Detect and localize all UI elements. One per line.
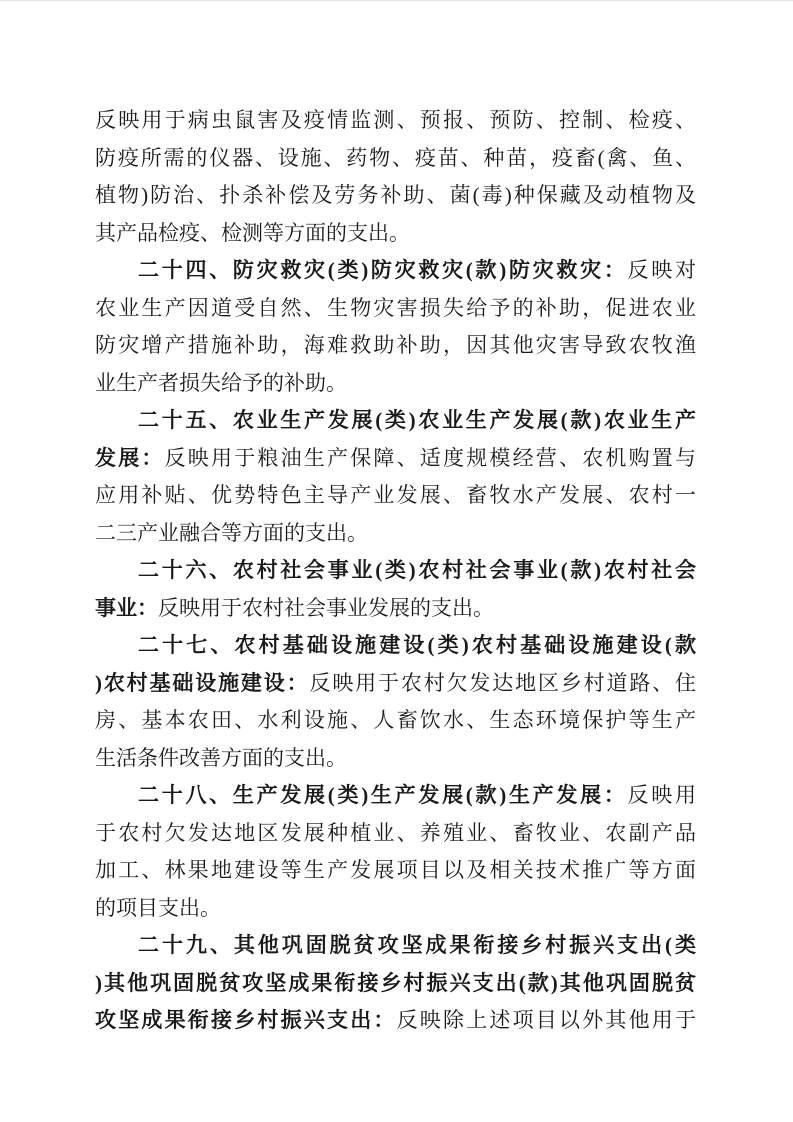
page-top-edge	[0, 0, 793, 1]
section-heading-run: 攻坚成果衔接乡村振兴支出：	[95, 1008, 397, 1032]
section-heading-run: 事业：	[95, 596, 158, 620]
text-line: 防灾增产措施补助，海难救助补助，因其他灾害导致农牧渔	[95, 327, 696, 365]
body-text-run: 反映用于农村欠发达地区乡村道路、住	[309, 671, 696, 695]
text-line: )农村基础设施建设：反映用于农村欠发达地区乡村道路、住	[95, 665, 696, 703]
section-heading-run: 二十六、农村社会事业(类)农村社会事业(款)农村社会	[138, 558, 696, 582]
text-line: 二十四、防灾救灾(类)防灾救灾(款)防灾救灾：反映对	[95, 252, 696, 290]
body-text-run: 于农村欠发达地区发展种植业、养殖业、畜牧业、农副产品	[95, 821, 696, 845]
body-text-run: 加工、林果地建设等生产发展项目以及相关技术推广等方面	[95, 858, 696, 882]
text-line: 二十五、农业生产发展(类)农业生产发展(款)农业生产	[95, 402, 696, 440]
text-line: )其他巩固脱贫攻坚成果衔接乡村振兴支出(款)其他巩固脱贫	[95, 965, 696, 1003]
document-page: 反映用于病虫鼠害及疫情监测、预报、预防、控制、检疫、防疫所需的仪器、设施、药物、…	[0, 0, 793, 1122]
text-line: 业生产者损失给予的补助。	[95, 365, 696, 403]
body-text-run: 房、基本农田、水利设施、人畜饮水、生态环境保护等生产	[95, 708, 696, 732]
text-line: 应用补贴、优势特色主导产业发展、畜牧水产发展、农村一	[95, 477, 696, 515]
section-heading-run: 二十四、防灾救灾(类)防灾救灾(款)防灾救灾：	[138, 258, 628, 282]
text-line: 农业生产因道受自然、生物灾害损失给予的补助，促进农业	[95, 290, 696, 328]
body-text-run: 其产品检疫、检测等方面的支出。	[95, 221, 410, 245]
section-heading-run: 发展：	[95, 446, 165, 470]
text-line: 生活条件改善方面的支出。	[95, 740, 696, 778]
section-heading-run: 二十八、生产发展(类)生产发展(款)生产发展：	[138, 783, 628, 807]
body-text-run: 防灾增产措施补助，海难救助补助，因其他灾害导致农牧渔	[95, 333, 696, 357]
body-text-run: 反映用于农村社会事业发展的支出。	[158, 596, 494, 620]
body-text-run: 反映除上述项目以外其他用于	[397, 1008, 696, 1032]
section-heading-run: 二十七、农村基础设施建设(类)农村基础设施建设(款	[138, 633, 696, 657]
body-text-run: 农业生产因道受自然、生物灾害损失给予的补助，促进农业	[95, 296, 696, 320]
section-heading-run: 二十九、其他巩固脱贫攻坚成果衔接乡村振兴支出(类	[138, 933, 696, 957]
text-line: 其产品检疫、检测等方面的支出。	[95, 215, 696, 253]
text-line: 植物)防治、扑杀补偿及劳务补助、菌(毒)种保藏及动植物及	[95, 177, 696, 215]
body-text-run: 反映用	[628, 783, 696, 807]
text-line: 事业：反映用于农村社会事业发展的支出。	[95, 590, 696, 628]
body-text-run: 反映用于粮油生产保障、适度规模经营、农机购置与	[165, 446, 696, 470]
section-heading-run: )农村基础设施建设：	[95, 671, 309, 695]
text-line: 加工、林果地建设等生产发展项目以及相关技术推广等方面	[95, 852, 696, 890]
text-line: 二十七、农村基础设施建设(类)农村基础设施建设(款	[95, 627, 696, 665]
text-line: 房、基本农田、水利设施、人畜饮水、生态环境保护等生产	[95, 702, 696, 740]
body-text-run: 反映用于病虫鼠害及疫情监测、预报、预防、控制、检疫、	[95, 108, 696, 132]
text-line: 发展：反映用于粮油生产保障、适度规模经营、农机购置与	[95, 440, 696, 478]
body-text-run: 防疫所需的仪器、设施、药物、疫苗、种苗，疫畜(禽、鱼、	[95, 146, 696, 170]
text-line: 攻坚成果衔接乡村振兴支出：反映除上述项目以外其他用于	[95, 1002, 696, 1040]
text-line: 二三产业融合等方面的支出。	[95, 515, 696, 553]
body-text-run: 应用补贴、优势特色主导产业发展、畜牧水产发展、农村一	[95, 483, 696, 507]
text-line: 二十九、其他巩固脱贫攻坚成果衔接乡村振兴支出(类	[95, 927, 696, 965]
text-line: 反映用于病虫鼠害及疫情监测、预报、预防、控制、检疫、	[95, 102, 696, 140]
body-text-run: 的项目支出。	[95, 896, 221, 920]
body-text-run: 植物)防治、扑杀补偿及劳务补助、菌(毒)种保藏及动植物及	[95, 183, 696, 207]
text-line: 二十六、农村社会事业(类)农村社会事业(款)农村社会	[95, 552, 696, 590]
text-line: 二十八、生产发展(类)生产发展(款)生产发展：反映用	[95, 777, 696, 815]
section-heading-run: )其他巩固脱贫攻坚成果衔接乡村振兴支出(款)其他巩固脱贫	[95, 971, 696, 995]
section-heading-run: 二十五、农业生产发展(类)农业生产发展(款)农业生产	[138, 408, 696, 432]
body-text-run: 反映对	[628, 258, 696, 282]
document-page-text: 反映用于病虫鼠害及疫情监测、预报、预防、控制、检疫、防疫所需的仪器、设施、药物、…	[95, 102, 696, 1040]
body-text-run: 业生产者损失给予的补助。	[95, 371, 347, 395]
body-text-run: 二三产业融合等方面的支出。	[95, 521, 368, 545]
text-line: 防疫所需的仪器、设施、药物、疫苗、种苗，疫畜(禽、鱼、	[95, 140, 696, 178]
text-line: 的项目支出。	[95, 890, 696, 928]
body-text-run: 生活条件改善方面的支出。	[95, 746, 347, 770]
text-line: 于农村欠发达地区发展种植业、养殖业、畜牧业、农副产品	[95, 815, 696, 853]
